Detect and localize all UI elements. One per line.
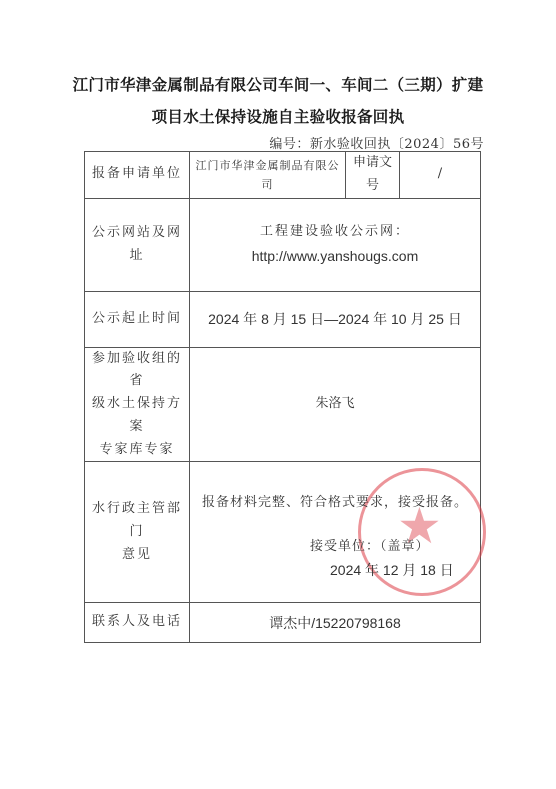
website-label: 公示网站及网址 bbox=[85, 198, 190, 291]
period-value: 2024 年 8 月 15 日—2024 年 10 月 25 日 bbox=[190, 291, 481, 347]
row-website: 公示网站及网址 工程建设验收公示网： http://www.yanshougs.… bbox=[85, 198, 481, 291]
expert-label-line2: 级水土保持方案 bbox=[85, 393, 189, 439]
row-period: 公示起止时间 2024 年 8 月 15 日—2024 年 10 月 25 日 bbox=[85, 291, 481, 347]
row-expert: 参加验收组的省 级水土保持方案 专家库专家 朱洛飞 bbox=[85, 347, 481, 462]
website-name: 工程建设验收公示网： bbox=[190, 221, 480, 244]
opinion-label: 水行政主管部门 意见 bbox=[85, 462, 190, 603]
expert-label-line3: 专家库专家 bbox=[85, 439, 189, 462]
row-contact: 联系人及电话 谭杰中/15220798168 bbox=[85, 603, 481, 643]
applicant-value: 江门市华津金属制品有限公司 bbox=[190, 152, 346, 199]
application-number-label: 申请文 号 bbox=[346, 152, 400, 199]
opinion-unit: 接受单位：（盖章） bbox=[310, 536, 430, 559]
website-cell: 工程建设验收公示网： http://www.yanshougs.com bbox=[190, 198, 481, 291]
receipt-table: 报备申请单位 江门市华津金属制品有限公司 申请文 号 / 公示网站及网址 工程建… bbox=[84, 151, 481, 643]
row-opinion: 水行政主管部门 意见 ★ 报备材料完整、符合格式要求，接受报备。 接受单位：（盖… bbox=[85, 462, 481, 603]
opinion-date: 2024 年 12 月 18 日 bbox=[330, 558, 454, 583]
contact-value: 谭杰中/15220798168 bbox=[190, 603, 481, 643]
applicant-label: 报备申请单位 bbox=[85, 152, 190, 199]
expert-value: 朱洛飞 bbox=[190, 347, 481, 462]
application-number-label-line1: 申请文 bbox=[346, 152, 399, 175]
opinion-text: 报备材料完整、符合格式要求，接受报备。 bbox=[190, 492, 480, 515]
contact-label: 联系人及电话 bbox=[85, 603, 190, 643]
document-title-line2: 项目水土保持设施自主验收报备回执 bbox=[0, 105, 556, 127]
opinion-label-line1: 水行政主管部门 bbox=[85, 498, 189, 544]
document-number: 编号：新水验收回执〔2024〕56号 bbox=[269, 133, 484, 152]
document-title-line1: 江门市华津金属制品有限公司车间一、车间二（三期）扩建 bbox=[0, 73, 556, 95]
website-url[interactable]: http://www.yanshougs.com bbox=[190, 244, 480, 269]
expert-label: 参加验收组的省 级水土保持方案 专家库专家 bbox=[85, 347, 190, 462]
opinion-cell: ★ 报备材料完整、符合格式要求，接受报备。 接受单位：（盖章） 2024 年 1… bbox=[190, 462, 481, 603]
expert-label-line1: 参加验收组的省 bbox=[85, 348, 189, 394]
opinion-label-line2: 意见 bbox=[85, 544, 189, 567]
application-number-value: / bbox=[400, 152, 481, 199]
period-label: 公示起止时间 bbox=[85, 291, 190, 347]
row-applicant: 报备申请单位 江门市华津金属制品有限公司 申请文 号 / bbox=[85, 152, 481, 199]
application-number-label-line2: 号 bbox=[346, 175, 399, 198]
